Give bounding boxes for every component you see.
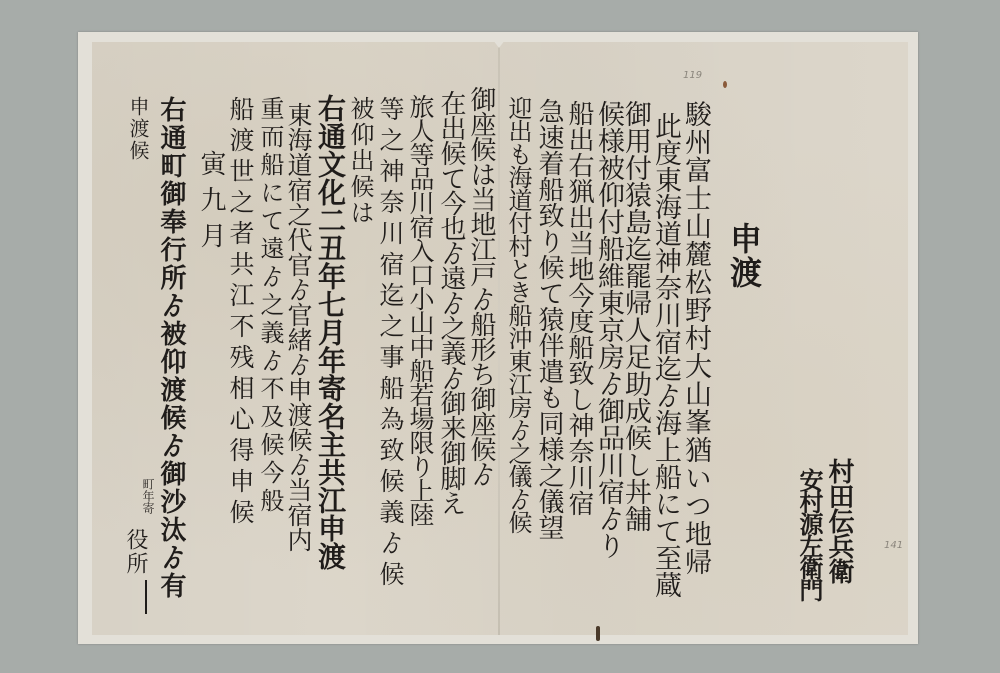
- date-column: 寅九月: [198, 150, 224, 258]
- text-column: 船渡世之者共江不残相心得申候: [228, 96, 253, 530]
- text-column: 等之神奈川宿迄之事船為致候義ゟ候: [378, 96, 403, 592]
- text-column: 御用付猿島迄罷帰人足助成候し丼舗: [622, 100, 649, 532]
- document-paper: [92, 42, 908, 635]
- text-column: 在出候て今也ゟ遠ゟ之義ゟ御来御脚え: [438, 90, 464, 515]
- text-column: 右通町御奉行所ゟ被仰渡候ゟ御沙汰ゟ有: [158, 96, 184, 600]
- fold-notch: [493, 40, 505, 48]
- text-column: 船出右猟出当地今度船致し神奈川宿: [566, 100, 592, 516]
- text-column: 被仰出候は: [348, 96, 372, 226]
- text-column: 候様被仰付船維東京房ゟ御品川宿ゟり: [595, 100, 622, 559]
- text-column: 此度東海道神奈川宿迄ゟ海上船にて至蔵: [652, 112, 679, 598]
- signature-stroke: [145, 580, 147, 614]
- text-column: 駿州富士山麓松野村大山峯猶いつ地帰: [682, 100, 709, 576]
- text-column: 右通文化二丑年七月年寄名主共江申渡: [316, 94, 344, 570]
- signature-note: 町年寄: [142, 478, 154, 514]
- text-column: 御座候は当地江戸ゟ船形ち御座候ゟ: [468, 86, 494, 486]
- text-column: 旅人等品川宿入口小山中船若場限り上陸: [408, 94, 433, 526]
- folio-number-141: 141: [884, 540, 903, 551]
- text-column: 東海道宿之代官ゟ官緒ゟ申渡候ゟ当宿内: [286, 102, 311, 552]
- text-column: 重而船にて遠ゟ之義ゟ不及候今般: [258, 96, 282, 516]
- text-column: 迎出も海道付村とき船沖東江房ゟ之儀ゟ候: [506, 96, 530, 533]
- addressee-1: 村田伝兵衛: [826, 458, 852, 583]
- ink-stain: [723, 81, 727, 88]
- signature-office: 役所: [124, 528, 146, 576]
- center-fold: [498, 42, 500, 635]
- text-column: 申渡候: [128, 96, 148, 162]
- ink-stain: [596, 626, 600, 641]
- heading-moshiwatashi: 申渡: [728, 222, 760, 290]
- folio-number-119: 119: [683, 70, 702, 81]
- addressee-2: 安村源左衛門: [797, 468, 821, 600]
- text-column: 急速着船致り候て猿伴遣も同様之儀望: [536, 98, 562, 540]
